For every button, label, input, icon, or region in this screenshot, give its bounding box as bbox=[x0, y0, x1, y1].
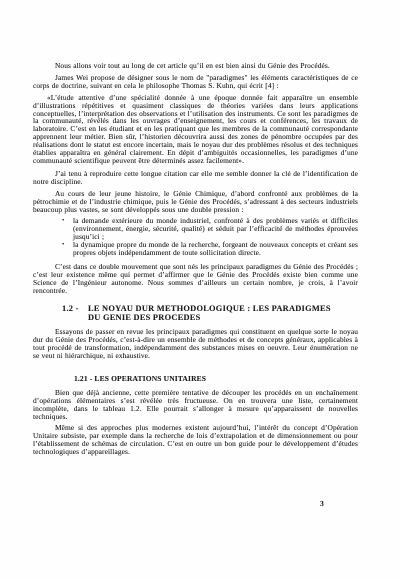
bullet-text: la demande extérieure du monde industrie… bbox=[73, 216, 358, 241]
bullet-text: la dynamique propre du monde de la reche… bbox=[73, 240, 358, 257]
bullet-item: • la dynamique propre du monde de la rec… bbox=[73, 241, 358, 257]
subsection-heading: 1.21 - LES OPERATIONS UNITAIRES bbox=[74, 375, 358, 383]
page-number: 3 bbox=[320, 499, 324, 508]
paragraph-citation: J’ai tenu à reproduire cette longue cita… bbox=[33, 170, 358, 186]
paragraph-james-wei: James Wei propose de désigner sous le no… bbox=[33, 74, 358, 90]
bullet-icon: • bbox=[62, 241, 64, 249]
paragraph-histoire: Au cours de leur jeune histoire, le Géni… bbox=[33, 190, 358, 214]
section-heading-text: LE NOYAU DUR METHODOLOGIQUE : LES PARADI… bbox=[88, 304, 331, 323]
quotation-paragraph: «L’étude attentive d’une spécialité donn… bbox=[33, 94, 358, 165]
document-page: Nous allons voir tout au long de cet art… bbox=[0, 0, 400, 579]
paragraph-meme-si: Même si des approches plus modernes exis… bbox=[33, 424, 358, 456]
paragraph-mouvement: C’est dans ce double mouvement que sont … bbox=[33, 263, 358, 295]
section-heading-number: 1.2 - bbox=[62, 304, 88, 323]
section-heading: 1.2 - LE NOYAU DUR METHODOLOGIQUE : LES … bbox=[62, 304, 358, 323]
bullet-item: • la demande extérieure du monde industr… bbox=[73, 217, 358, 241]
paragraph-intro: Nous allons voir tout au long de cet art… bbox=[33, 62, 358, 70]
bullet-list: • la demande extérieure du monde industr… bbox=[33, 217, 358, 257]
paragraph-bien-que: Bien que déjà ancienne, cette première t… bbox=[33, 389, 358, 421]
bullet-icon: • bbox=[62, 217, 64, 225]
section-heading-line1: LE NOYAU DUR METHODOLOGIQUE : LES PARADI… bbox=[88, 304, 331, 313]
section-heading-line2: DU GENIE DES PROCEDES bbox=[88, 313, 331, 322]
paragraph-essayons: Essayons de passer en revue les principa… bbox=[33, 328, 358, 360]
